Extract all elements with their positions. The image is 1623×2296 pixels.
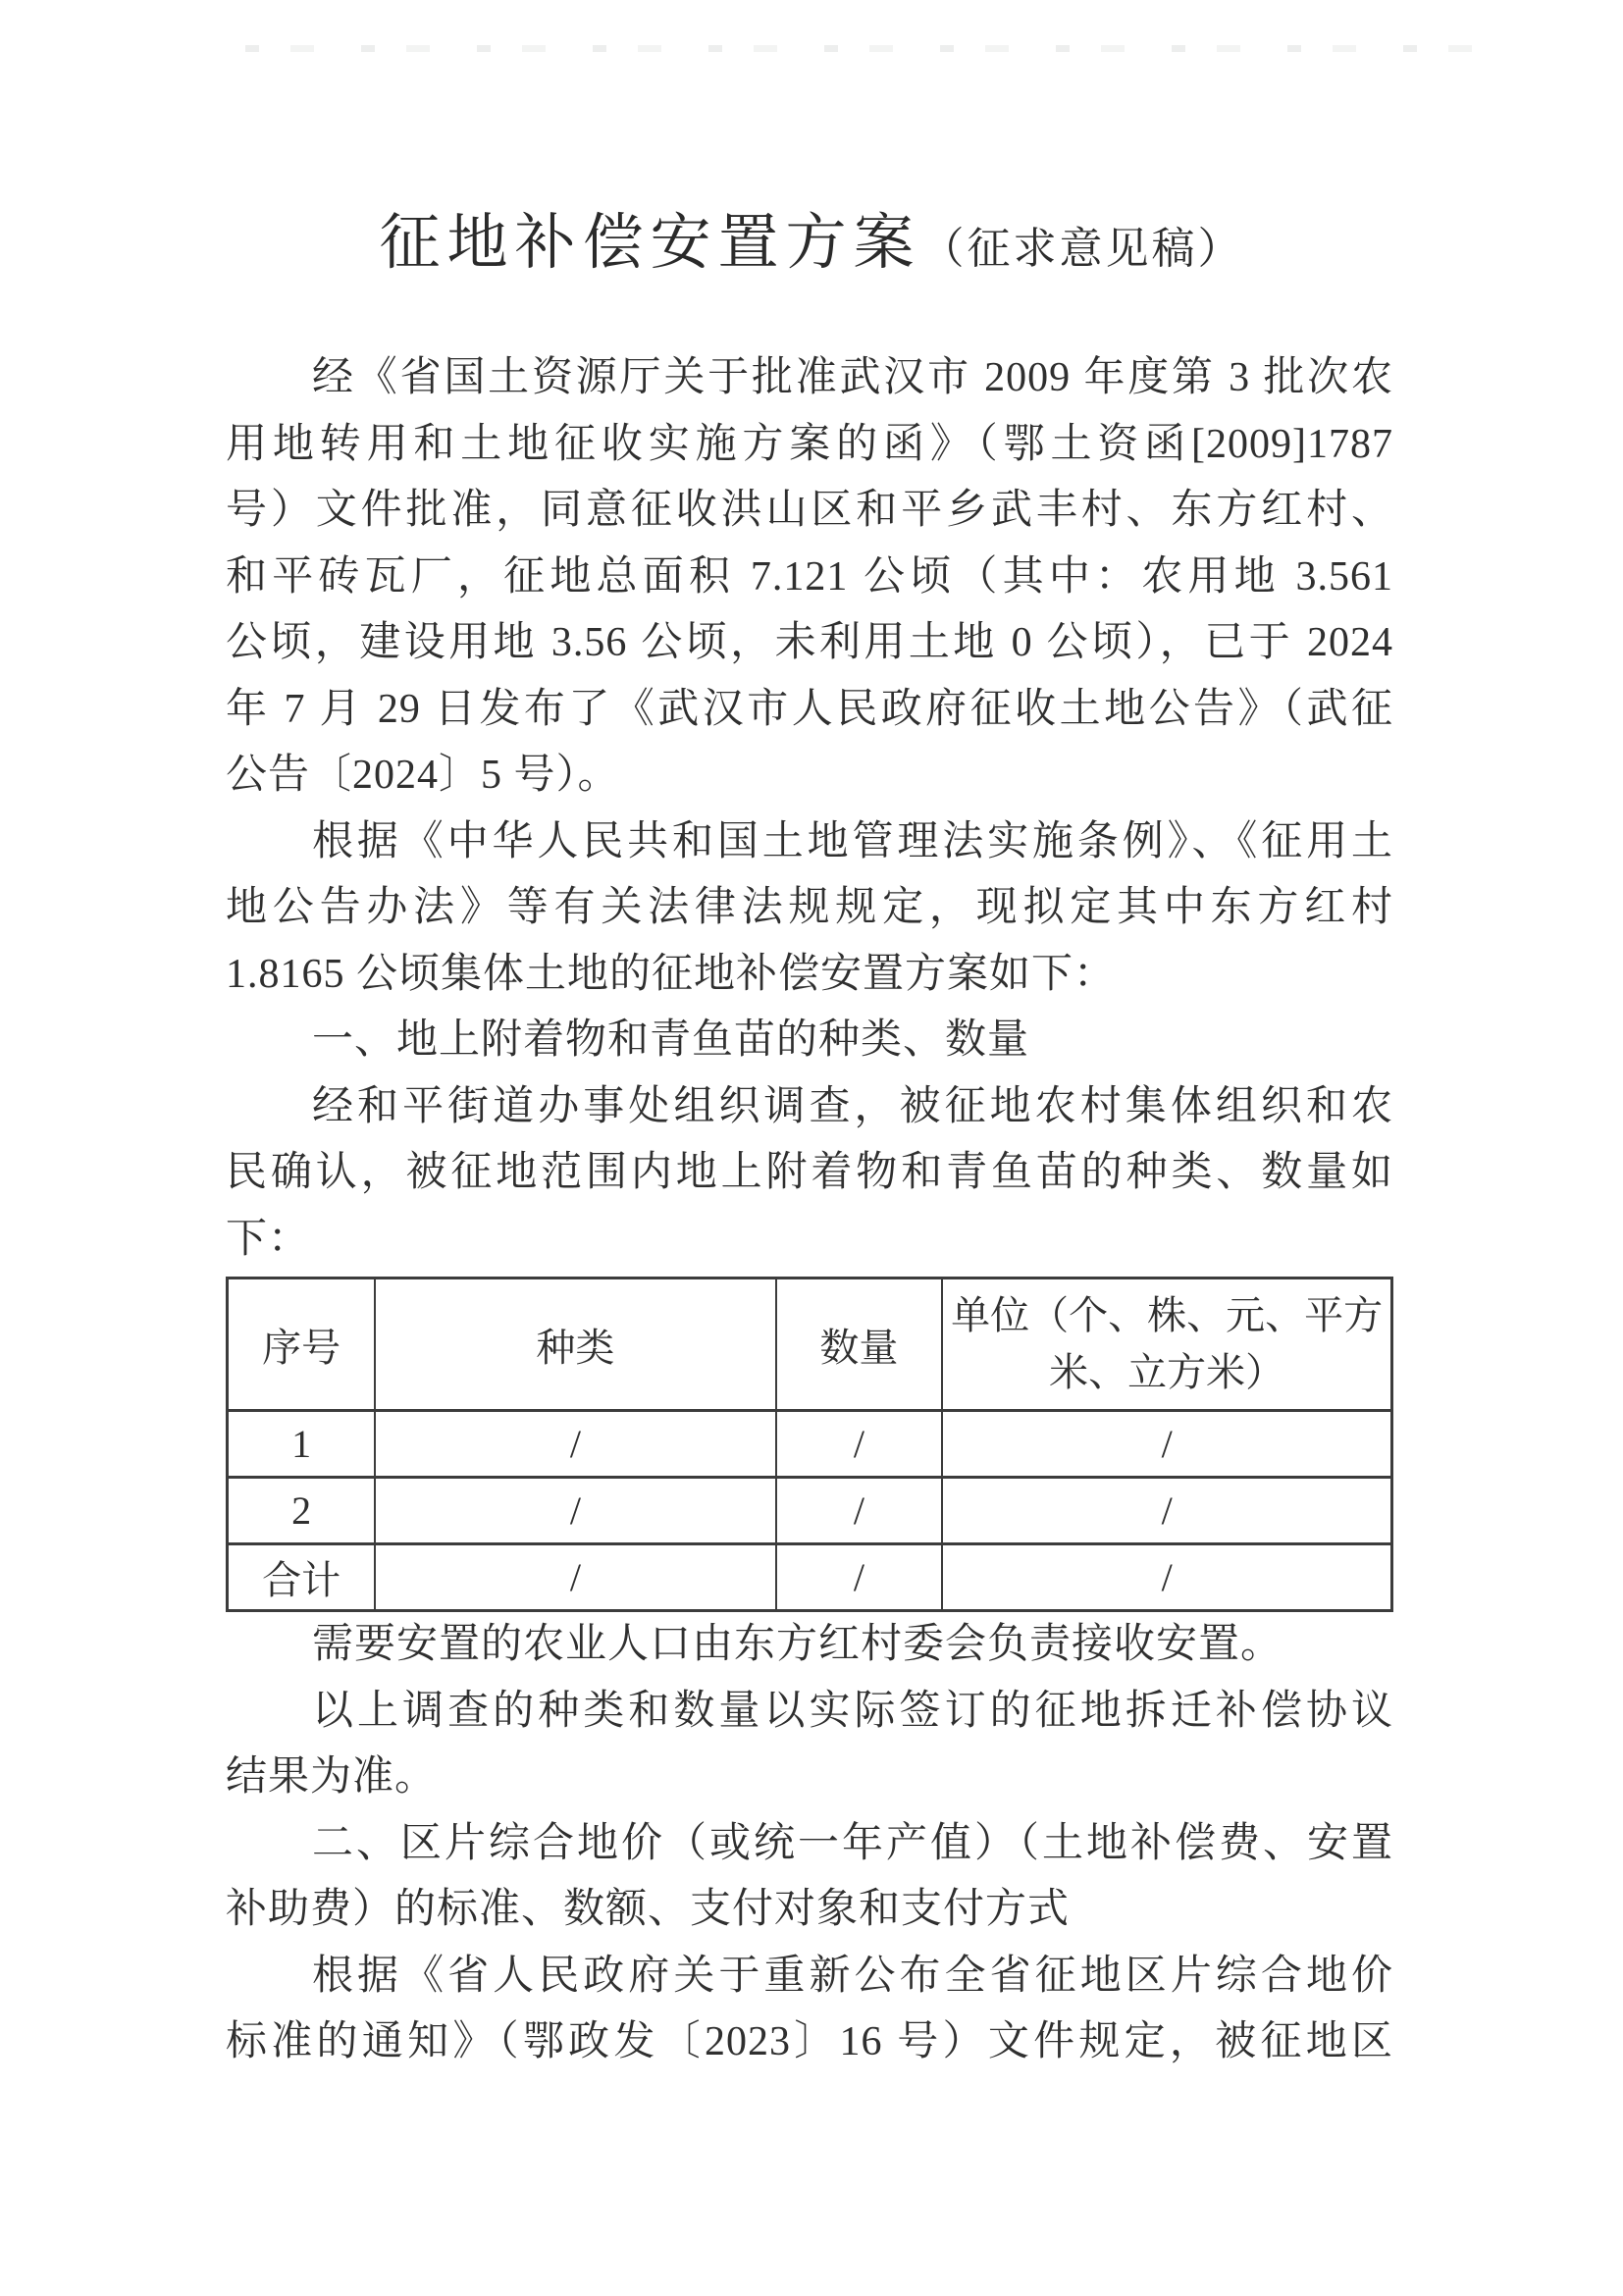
text-line: 经和平街道办事处组织调查，被征地农村集体组织和农: [226, 1074, 1393, 1141]
text-line: 和平砖瓦厂，征地总面积 7.121 公顷（其中：农用地 3.561: [226, 545, 1393, 611]
document-page: 征地补偿安置方案（征求意见稿） 经《省国土资源厅关于批准武汉市 2009 年度第…: [0, 0, 1623, 2296]
text-line: 结果为准。: [226, 1745, 1393, 1811]
text-line: 地公告办法》等有关法律法规规定，现拟定其中东方红村: [226, 875, 1393, 942]
text-line: 公顷，建设用地 3.56 公顷，未利用土地 0 公顷），已于 2024: [226, 610, 1393, 677]
title-suffix: （征求意见稿）: [921, 225, 1244, 273]
table-header-line: 单位（个、株、元、平方: [943, 1287, 1390, 1344]
table-row: 1///: [228, 1411, 1392, 1478]
table-cell: /: [776, 1544, 943, 1611]
table-row-label: 2: [228, 1478, 376, 1544]
table-header-cell: 单位（个、株、元、平方米、立方米）: [942, 1278, 1391, 1411]
text-line: 公告〔2024〕5 号）。: [226, 743, 1393, 809]
attachments-table: 序号种类数量单位（个、株、元、平方米、立方米）1///2///合计///: [226, 1277, 1393, 1612]
table-cell: /: [776, 1411, 943, 1478]
text-line: 补助费）的标准、数额、支付对象和支付方式: [226, 1877, 1393, 1944]
text-line: 民确认，被征地范围内地上附着物和青鱼苗的种类、数量如: [226, 1140, 1393, 1207]
table-cell: /: [375, 1544, 775, 1611]
text-line: 标准的通知》（鄂政发〔2023〕16 号）文件规定，被征地区: [226, 2009, 1393, 2076]
text-line: 一、地上附着物和青鱼苗的种类、数量: [226, 1008, 1393, 1074]
text-line: 经《省国土资源厅关于批准武汉市 2009 年度第 3 批次农: [226, 345, 1393, 412]
table-cell: /: [375, 1478, 775, 1544]
table-row-label: 合计: [228, 1544, 376, 1611]
table-header-cell: 种类: [375, 1278, 775, 1411]
text-line: 二、区片综合地价（或统一年产值）（土地补偿费、安置: [226, 1811, 1393, 1878]
text-line: 以上调查的种类和数量以实际签订的征地拆迁补偿协议: [226, 1679, 1393, 1746]
table-row: 合计///: [228, 1544, 1392, 1611]
text-line: 号）文件批准，同意征收洪山区和平乡武丰村、东方红村、: [226, 478, 1393, 545]
table-cell: /: [942, 1411, 1391, 1478]
title-text: 征地补偿安置方案: [379, 210, 920, 277]
table-cell: /: [776, 1478, 943, 1544]
text-line: 根据《省人民政府关于重新公布全省征地区片综合地价: [226, 1944, 1393, 2010]
text-line: 根据《中华人民共和国土地管理法实施条例》、《征用土: [226, 809, 1393, 876]
document-body: 经《省国土资源厅关于批准武汉市 2009 年度第 3 批次农用地转用和土地征收实…: [226, 345, 1393, 2076]
table-row-label: 1: [228, 1411, 376, 1478]
table-cell: /: [375, 1411, 775, 1478]
table-cell: /: [942, 1478, 1391, 1544]
text-line: 下：: [226, 1207, 1393, 1274]
document-title: 征地补偿安置方案（征求意见稿）: [0, 196, 1623, 306]
text-line: 年 7 月 29 日发布了《武汉市人民政府征收土地公告》（武征: [226, 677, 1393, 744]
table-row: 2///: [228, 1478, 1392, 1544]
scan-artifact: [245, 45, 1511, 52]
table-cell: /: [942, 1544, 1391, 1611]
text-line: 需要安置的农业人口由东方红村委会负责接收安置。: [226, 1612, 1393, 1679]
text-line: 1.8165 公顷集体土地的征地补偿安置方案如下：: [226, 942, 1393, 1009]
table-header-cell: 序号: [228, 1278, 376, 1411]
table-header-cell: 数量: [776, 1278, 943, 1411]
text-line: 用地转用和土地征收实施方案的函》（鄂土资函[2009]1787: [226, 412, 1393, 479]
table-header-row: 序号种类数量单位（个、株、元、平方米、立方米）: [228, 1278, 1392, 1411]
table-header-line: 米、立方米）: [943, 1344, 1390, 1401]
